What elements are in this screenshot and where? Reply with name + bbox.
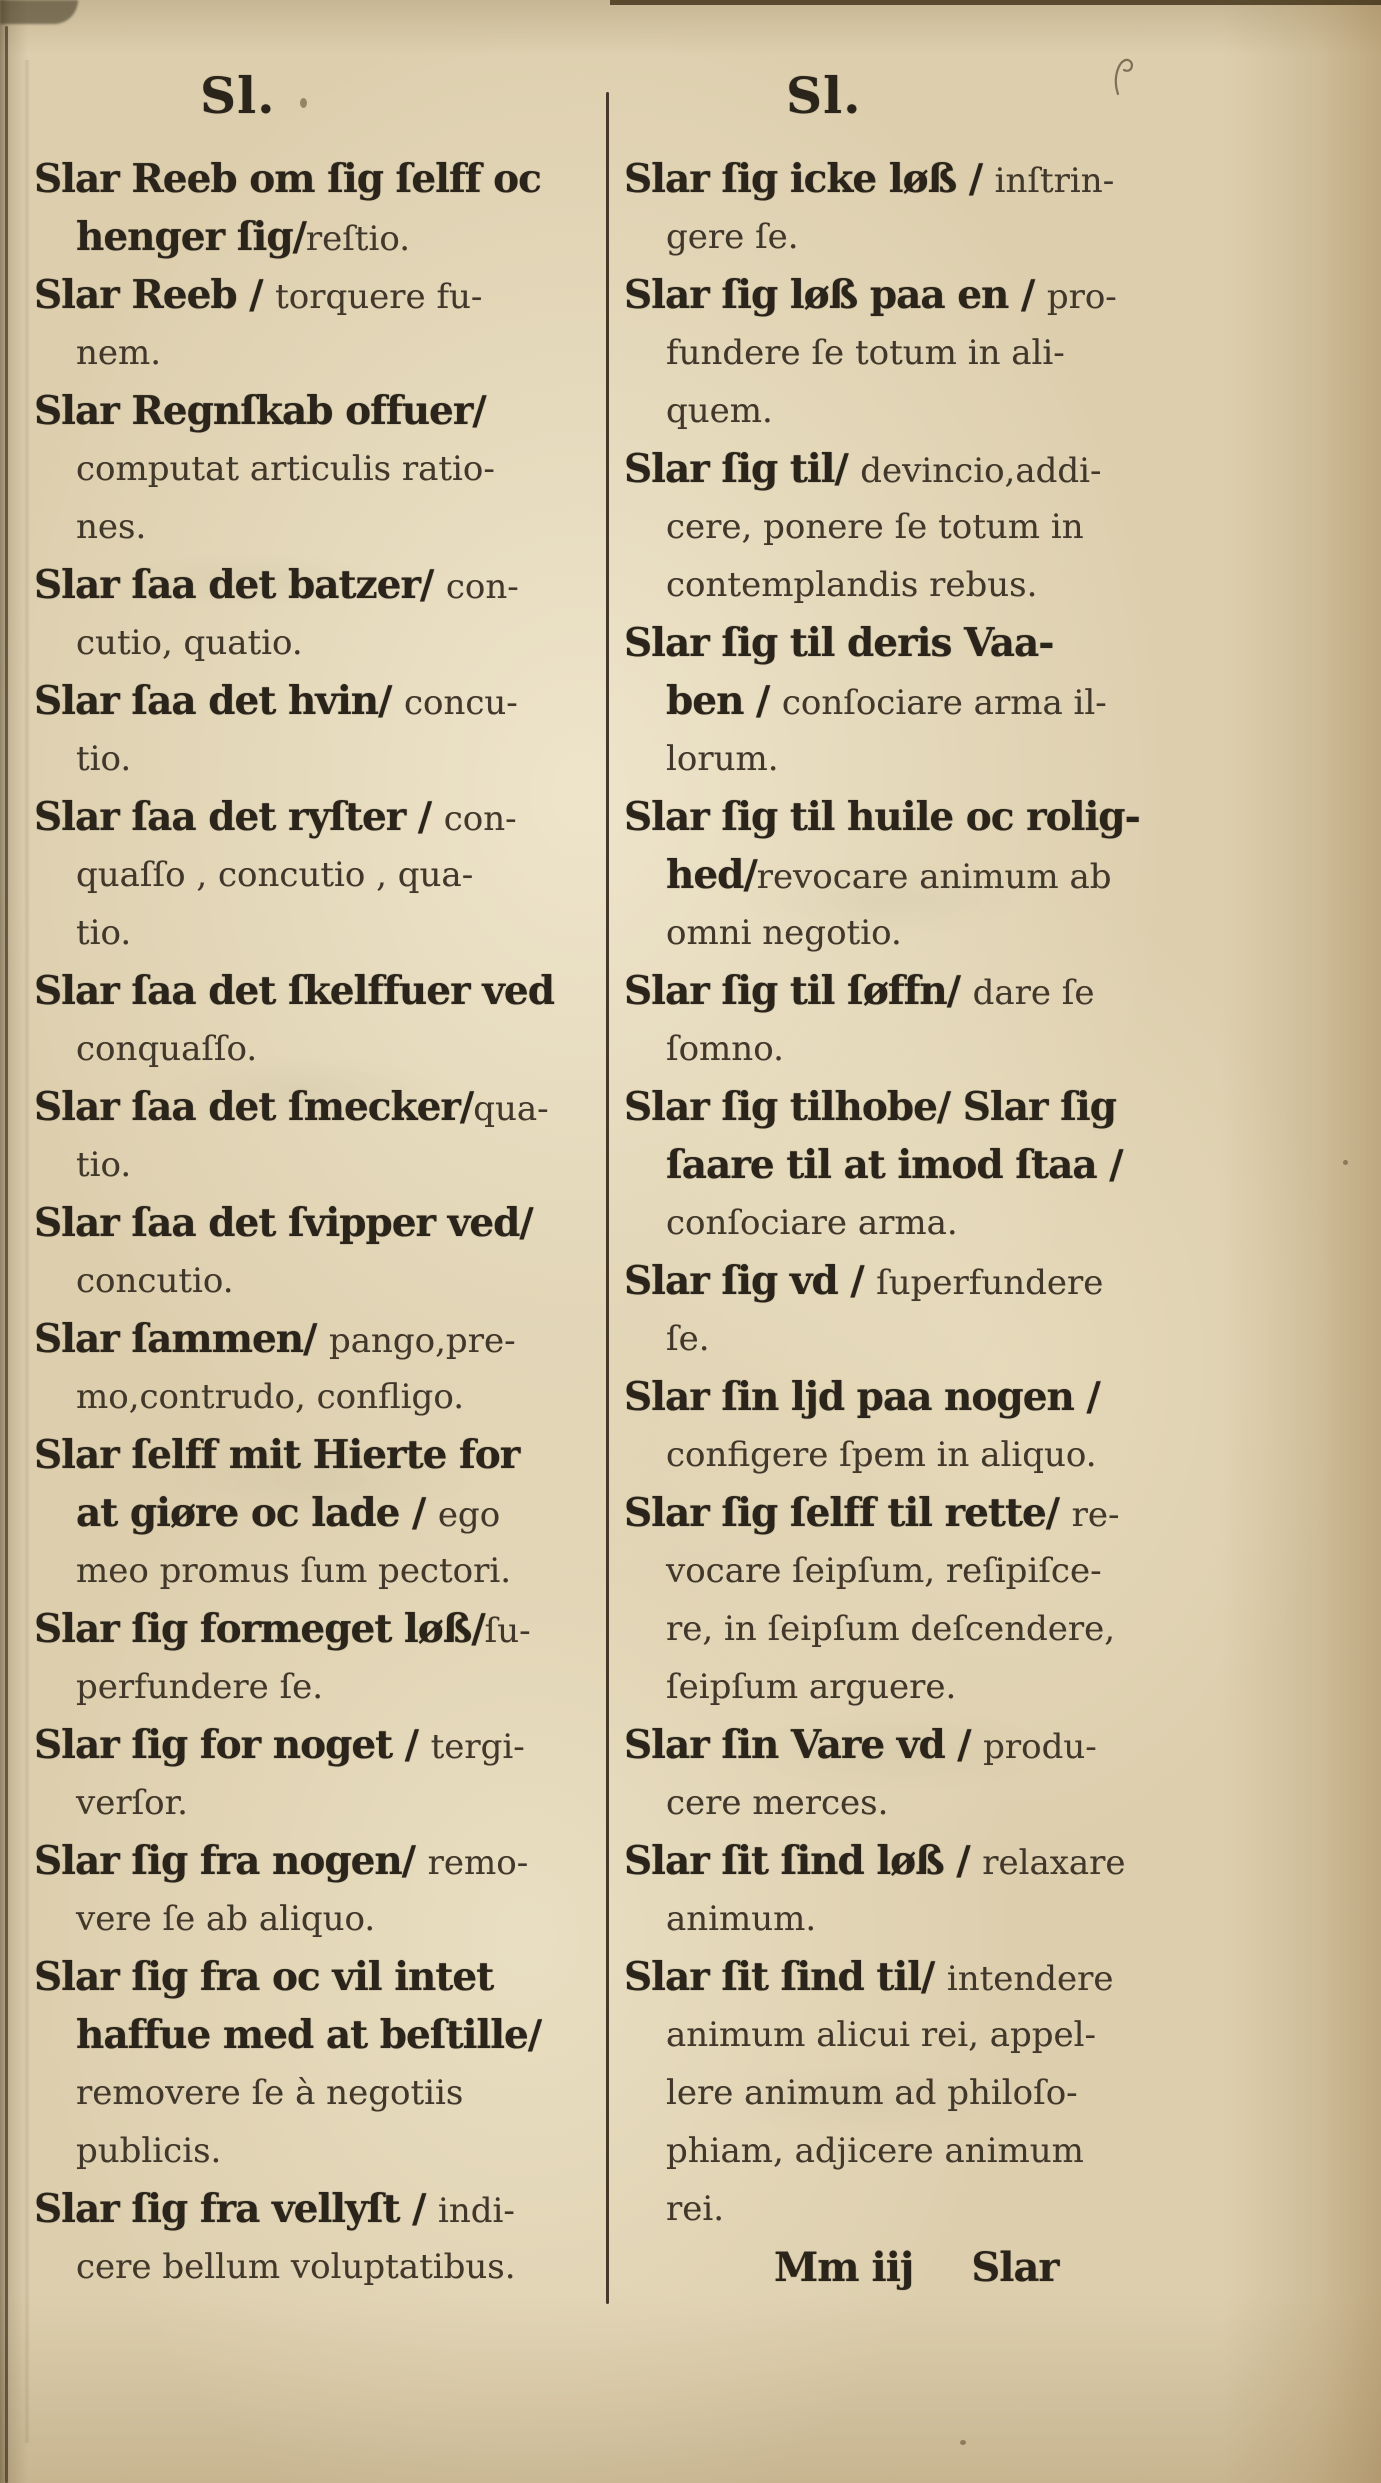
entry-line: Slar ſelff mit Hierte for	[34, 1426, 612, 1484]
danish-headword-text: Slar ſig løß paa en /	[624, 272, 1047, 318]
danish-headword-text: Slar ſaa det ſvipper ved/	[34, 1200, 533, 1246]
dictionary-entry: Slar ſig formeget løß/ſu-perfundere ſe.	[34, 1600, 612, 1716]
entry-line: Slar ſit ſind til/ intendere	[624, 1948, 1284, 2006]
danish-headword-text: Slar Regnſkab offuer/	[34, 388, 486, 434]
entry-line: cere merces.	[624, 1774, 1284, 1832]
dictionary-entry: Slar ſig til huile oc rolig-hed/revocare…	[624, 788, 1284, 962]
dictionary-entry: Slar ſig til deris Vaa-ben / conſociare …	[624, 614, 1284, 788]
entry-line: Slar ſig fra vellyſt / indi-	[34, 2180, 612, 2238]
dictionary-entry: Slar ſig fra nogen/ remo-vere ſe ab aliq…	[34, 1832, 612, 1948]
dictionary-entry: Slar ſig til ſøffn/ dare ſeſomno.	[624, 962, 1284, 1078]
latin-gloss-text: inſtrin-	[995, 161, 1115, 201]
latin-gloss-text: remo-	[428, 1843, 529, 1883]
entry-line: cutio, quatio.	[34, 614, 612, 672]
latin-gloss-text: mo,contrudo, confligo.	[76, 1377, 464, 1417]
entry-line: concutio.	[34, 1252, 612, 1310]
entry-line: cere, ponere ſe totum in	[624, 498, 1284, 556]
entry-line: Slar ſig til ſøffn/ dare ſe	[624, 962, 1284, 1020]
entry-line: haffue med at beſtille/	[34, 2006, 612, 2064]
danish-headword-text: Slar ſit ſind løß /	[624, 1838, 982, 1884]
danish-headword-text: ſaare til at imod ſtaa /	[666, 1142, 1122, 1188]
entry-line: publicis.	[34, 2122, 612, 2180]
latin-gloss-text: cere, ponere ſe totum in	[666, 507, 1084, 547]
entry-line: Slar ſaa det hvin/ concu-	[34, 672, 612, 730]
danish-headword-text: Slar ſaa det ſmecker/	[34, 1084, 473, 1130]
entry-line: animum.	[624, 1890, 1284, 1948]
latin-gloss-text: phiam, adjicere animum	[666, 2131, 1084, 2171]
latin-gloss-text: re, in ſeipſum deſcendere,	[666, 1609, 1115, 1649]
latin-gloss-text: quem.	[666, 391, 773, 431]
latin-gloss-text: vocare ſeipſum, reſipiſce-	[666, 1551, 1102, 1591]
entry-line: lorum.	[624, 730, 1284, 788]
entry-line: mo,contrudo, confligo.	[34, 1368, 612, 1426]
dictionary-entry: Slar ſaa det ſkelffuer vedconquaſſo.	[34, 962, 612, 1078]
paper-crease	[24, 60, 30, 2443]
entry-line: gere ſe.	[624, 208, 1284, 266]
entry-line: vere ſe ab aliquo.	[34, 1890, 612, 1948]
danish-headword-text: Slar ſig formeget løß/	[34, 1606, 485, 1652]
latin-gloss-text: configere ſpem in aliquo.	[666, 1435, 1097, 1475]
latin-gloss-text: cere merces.	[666, 1783, 888, 1823]
dictionary-entry: Slar ſig til/ devincio,addi-cere, ponere…	[624, 440, 1284, 614]
latin-gloss-text: reſtio.	[306, 219, 410, 259]
danish-headword-text: Slar ſaa det batzer/	[34, 562, 446, 608]
entry-line: Slar ſaa det batzer/ con-	[34, 556, 612, 614]
entry-line: meo promus ſum pectori.	[34, 1542, 612, 1600]
latin-gloss-text: conſociare arma il-	[782, 683, 1107, 723]
entry-line: nes.	[34, 498, 612, 556]
danish-headword-text: Slar ſig tilhobe/ Slar ſig	[624, 1084, 1116, 1130]
latin-gloss-text: con-	[446, 567, 519, 607]
latin-gloss-text: conſociare arma.	[666, 1203, 958, 1243]
danish-headword-text: Slar ſig til deris Vaa-	[624, 620, 1053, 666]
entry-line: Slar ſammen/ pango,pre-	[34, 1310, 612, 1368]
latin-gloss-text: perfundere ſe.	[76, 1667, 323, 1707]
danish-headword-text: Slar ſig ſelff til rette/	[624, 1490, 1072, 1536]
latin-gloss-text: indi-	[438, 2191, 515, 2231]
latin-gloss-text: relaxare	[982, 1843, 1125, 1883]
danish-headword-text: Slar Reeb /	[34, 272, 275, 318]
ink-speck	[300, 98, 307, 108]
entry-line: Slar ſaa det ſkelffuer ved	[34, 962, 612, 1020]
dictionary-entry: Slar ſit ſind løß / relaxareanimum.	[624, 1832, 1284, 1948]
latin-gloss-text: quaſſo , concutio , qua-	[76, 855, 473, 895]
ink-squiggle-mark	[1108, 52, 1152, 102]
entry-line: Slar ſig til huile oc rolig-	[624, 788, 1284, 846]
entry-line: lere animum ad philoſo-	[624, 2064, 1284, 2122]
latin-gloss-text: produ-	[983, 1727, 1097, 1767]
latin-gloss-text: vere ſe ab aliquo.	[76, 1899, 375, 1939]
entry-line: conquaſſo.	[34, 1020, 612, 1078]
entry-line: Slar Reeb / torquere fu-	[34, 266, 612, 324]
latin-gloss-text: lere animum ad philoſo-	[666, 2073, 1078, 2113]
latin-gloss-text: animum alicui rei, appel-	[666, 2015, 1096, 2055]
entry-line: phiam, adjicere animum	[624, 2122, 1284, 2180]
dictionary-entry: Slar ſaa det ryſter / con-quaſſo , concu…	[34, 788, 612, 962]
latin-gloss-text: revocare animum ab	[757, 857, 1112, 897]
scanned-dictionary-page: { "colors": { "paper": "#ddcfae", "paper…	[0, 0, 1381, 2483]
dictionary-entry: Slar ſig løß paa en / pro-fundere ſe tot…	[624, 266, 1284, 440]
danish-headword-text: Slar ſammen/	[34, 1316, 329, 1362]
danish-headword-text: Slar ſin ljd paa nogen /	[624, 1374, 1100, 1420]
entry-line: computat articulis ratio-	[34, 440, 612, 498]
entry-line: quem.	[624, 382, 1284, 440]
danish-headword-text: Slar ſaa det ryſter /	[34, 794, 444, 840]
latin-gloss-text: torquere fu-	[275, 277, 482, 317]
latin-gloss-text: tio.	[76, 739, 131, 779]
page-left-edge	[5, 26, 8, 2483]
latin-gloss-text: concu-	[404, 683, 518, 723]
entry-line: Slar ſin Vare vd / produ-	[624, 1716, 1284, 1774]
dictionary-entry: Slar ſig tilhobe/ Slar ſigſaare til at i…	[624, 1078, 1284, 1252]
latin-gloss-text: pango,pre-	[329, 1321, 516, 1361]
entry-line: hed/revocare animum ab	[624, 846, 1284, 904]
dictionary-entry: Slar ſig fra oc vil intethaffue med at b…	[34, 1948, 612, 2180]
danish-headword-text: Slar ſig til huile oc rolig-	[624, 794, 1140, 840]
dictionary-entry: Slar Reeb / torquere fu-nem.	[34, 266, 612, 382]
dictionary-entry: Slar ſig icke løß / inſtrin-gere ſe.	[624, 150, 1284, 266]
latin-gloss-text: animum.	[666, 1899, 816, 1939]
danish-headword-text: Slar ſig fra oc vil intet	[34, 1954, 493, 2000]
entry-line: Slar ſin ljd paa nogen /	[624, 1368, 1284, 1426]
latin-gloss-text: publicis.	[76, 2131, 221, 2171]
entry-line: tio.	[34, 730, 612, 788]
catchword: Slar	[971, 2244, 1058, 2291]
dictionary-entry: Slar ſaa det batzer/ con-cutio, quatio.	[34, 556, 612, 672]
dictionary-entry: Slar ſig for noget / tergi-verſor.	[34, 1716, 612, 1832]
ink-speck	[960, 2440, 966, 2445]
latin-gloss-text: tio.	[76, 913, 131, 953]
page-top-edge	[610, 0, 1381, 5]
latin-gloss-text: conquaſſo.	[76, 1029, 257, 1069]
danish-headword-text: Slar ſig icke løß /	[624, 156, 995, 202]
latin-gloss-text: rei.	[666, 2189, 724, 2229]
latin-gloss-text: lorum.	[666, 739, 779, 779]
latin-gloss-text: intendere	[947, 1959, 1114, 1999]
entry-line: Slar ſaa det ſmecker/qua-	[34, 1078, 612, 1136]
entry-line: nem.	[34, 324, 612, 382]
dictionary-entry: Slar ſammen/ pango,pre-mo,contrudo, conf…	[34, 1310, 612, 1426]
entry-line: Slar ſig fra nogen/ remo-	[34, 1832, 612, 1890]
latin-gloss-text: computat articulis ratio-	[76, 449, 495, 489]
latin-gloss-text: ſe.	[666, 1319, 710, 1359]
dictionary-entry: Slar ſaa det hvin/ concu-tio.	[34, 672, 612, 788]
latin-gloss-text: gere ſe.	[666, 217, 799, 257]
dictionary-entry: Slar ſit ſind til/ intendereanimum alicu…	[624, 1948, 1284, 2238]
danish-headword-text: henger ſig/	[76, 214, 306, 260]
entry-line: quaſſo , concutio , qua-	[34, 846, 612, 904]
entry-line: removere ſe à negotiis	[34, 2064, 612, 2122]
danish-headword-text: ben /	[666, 678, 782, 724]
latin-gloss-text: nes.	[76, 507, 146, 547]
latin-gloss-text: pro-	[1047, 277, 1117, 317]
latin-gloss-text: ſuperfundere	[876, 1263, 1103, 1303]
danish-headword-text: Slar ſig vd /	[624, 1258, 876, 1304]
danish-headword-text: Slar ſit ſind til/	[624, 1954, 947, 2000]
latin-gloss-text: contemplandis rebus.	[666, 565, 1037, 605]
danish-headword-text: Slar ſig for noget /	[34, 1722, 431, 1768]
dictionary-entry: Slar ſig ſelff til rette/ re-vocare ſeip…	[624, 1484, 1284, 1716]
latin-gloss-text: cere bellum voluptatibus.	[76, 2247, 516, 2287]
entry-line: contemplandis rebus.	[624, 556, 1284, 614]
latin-gloss-text: dare ſe	[973, 973, 1095, 1013]
danish-headword-text: haffue med at beſtille/	[76, 2012, 541, 2058]
entry-line: Slar Regnſkab offuer/	[34, 382, 612, 440]
danish-headword-text: Slar ſig til ſøffn/	[624, 968, 973, 1014]
latin-gloss-text: nem.	[76, 333, 161, 373]
dictionary-entry: Slar ſig vd / ſuperfundereſe.	[624, 1252, 1284, 1368]
entry-line: fundere ſe totum in ali-	[624, 324, 1284, 382]
latin-gloss-text: ego	[438, 1495, 500, 1535]
entry-line: tio.	[34, 1136, 612, 1194]
entry-line: henger ſig/reſtio.	[34, 208, 612, 266]
entry-line: Slar ſig til deris Vaa-	[624, 614, 1284, 672]
ink-speck	[1343, 1160, 1348, 1165]
gathering-signature: Mm iij	[774, 2244, 913, 2291]
danish-headword-text: Slar ſig til/	[624, 446, 860, 492]
entry-line: Slar ſig tilhobe/ Slar ſig	[624, 1078, 1284, 1136]
entry-line: ſomno.	[624, 1020, 1284, 1078]
danish-headword-text: Slar ſig fra nogen/	[34, 1838, 428, 1884]
entry-line: animum alicui rei, appel-	[624, 2006, 1284, 2064]
binding-shadow-corner	[0, 0, 78, 24]
latin-gloss-text: verſor.	[76, 1783, 188, 1823]
entry-line: Slar ſaa det ryſter / con-	[34, 788, 612, 846]
entry-line: Slar ſig til/ devincio,addi-	[624, 440, 1284, 498]
running-header-right: Sl.	[786, 66, 862, 125]
dictionary-entry: Slar ſin ljd paa nogen /configere ſpem i…	[624, 1368, 1284, 1484]
entry-line: perfundere ſe.	[34, 1658, 612, 1716]
dictionary-entry: Slar ſelff mit Hierte forat giøre oc lad…	[34, 1426, 612, 1600]
latin-gloss-text: devincio,addi-	[860, 451, 1101, 491]
entry-line: Slar ſaa det ſvipper ved/	[34, 1194, 612, 1252]
dictionary-column-left: Slar Reeb om ſig ſelff ochenger ſig/reſt…	[34, 150, 612, 2296]
entry-line: Slar ſig fra oc vil intet	[34, 1948, 612, 2006]
entry-line: ſeipſum arguere.	[624, 1658, 1284, 1716]
dictionary-entry: Slar ſig fra vellyſt / indi-cere bellum …	[34, 2180, 612, 2296]
dictionary-entry: Slar Reeb om ſig ſelff ochenger ſig/reſt…	[34, 150, 612, 266]
latin-gloss-text: re-	[1072, 1495, 1120, 1535]
entry-line: configere ſpem in aliquo.	[624, 1426, 1284, 1484]
entry-line: ben / conſociare arma il-	[624, 672, 1284, 730]
entry-line: verſor.	[34, 1774, 612, 1832]
danish-headword-text: Slar ſig fra vellyſt /	[34, 2186, 438, 2232]
running-header-left: Sl.	[200, 66, 276, 125]
latin-gloss-text: ſu-	[485, 1611, 531, 1651]
latin-gloss-text: concutio.	[76, 1261, 234, 1301]
latin-gloss-text: fundere ſe totum in ali-	[666, 333, 1065, 373]
danish-headword-text: Slar Reeb om ſig ſelff oc	[34, 156, 541, 202]
entry-line: rei.	[624, 2180, 1284, 2238]
latin-gloss-text: removere ſe à negotiis	[76, 2073, 463, 2113]
latin-gloss-text: omni negotio.	[666, 913, 902, 953]
latin-gloss-text: ſeipſum arguere.	[666, 1667, 956, 1707]
danish-headword-text: Slar ſaa det ſkelffuer ved	[34, 968, 554, 1014]
entry-line: Slar ſig ſelff til rette/ re-	[624, 1484, 1284, 1542]
entry-line: Slar Reeb om ſig ſelff oc	[34, 150, 612, 208]
danish-headword-text: Slar ſaa det hvin/	[34, 678, 404, 724]
danish-headword-text: Slar ſin Vare vd /	[624, 1722, 983, 1768]
latin-gloss-text: cutio, quatio.	[76, 623, 303, 663]
latin-gloss-text: tio.	[76, 1145, 131, 1185]
latin-gloss-text: tergi-	[431, 1727, 525, 1767]
entry-line: Slar ſig løß paa en / pro-	[624, 266, 1284, 324]
dictionary-entry: Slar ſaa det ſmecker/qua-tio.	[34, 1078, 612, 1194]
latin-gloss-text: meo promus ſum pectori.	[76, 1551, 511, 1591]
entry-line: cere bellum voluptatibus.	[34, 2238, 612, 2296]
latin-gloss-text: qua-	[473, 1089, 548, 1129]
signature-catchword-line: Mm iijSlar	[624, 2238, 1284, 2298]
latin-gloss-text: con-	[444, 799, 517, 839]
dictionary-entry: Slar ſin Vare vd / produ-cere merces.	[624, 1716, 1284, 1832]
entry-line: Slar ſig vd / ſuperfundere	[624, 1252, 1284, 1310]
entry-line: omni negotio.	[624, 904, 1284, 962]
entry-line: ſe.	[624, 1310, 1284, 1368]
entry-line: at giøre oc lade / ego	[34, 1484, 612, 1542]
entry-line: Slar ſig icke løß / inſtrin-	[624, 150, 1284, 208]
dictionary-column-right: Slar ſig icke løß / inſtrin-gere ſe.Slar…	[624, 150, 1284, 2298]
entry-line: re, in ſeipſum deſcendere,	[624, 1600, 1284, 1658]
danish-headword-text: at giøre oc lade /	[76, 1490, 438, 1536]
entry-line: vocare ſeipſum, reſipiſce-	[624, 1542, 1284, 1600]
latin-gloss-text: ſomno.	[666, 1029, 784, 1069]
entry-line: tio.	[34, 904, 612, 962]
entry-line: conſociare arma.	[624, 1194, 1284, 1252]
dictionary-entry: Slar Regnſkab offuer/computat articulis …	[34, 382, 612, 556]
danish-headword-text: hed/	[666, 852, 757, 898]
entry-line: Slar ſit ſind løß / relaxare	[624, 1832, 1284, 1890]
entry-line: ſaare til at imod ſtaa /	[624, 1136, 1284, 1194]
dictionary-entry: Slar ſaa det ſvipper ved/concutio.	[34, 1194, 612, 1310]
entry-line: Slar ſig formeget løß/ſu-	[34, 1600, 612, 1658]
danish-headword-text: Slar ſelff mit Hierte for	[34, 1432, 519, 1478]
entry-line: Slar ſig for noget / tergi-	[34, 1716, 612, 1774]
